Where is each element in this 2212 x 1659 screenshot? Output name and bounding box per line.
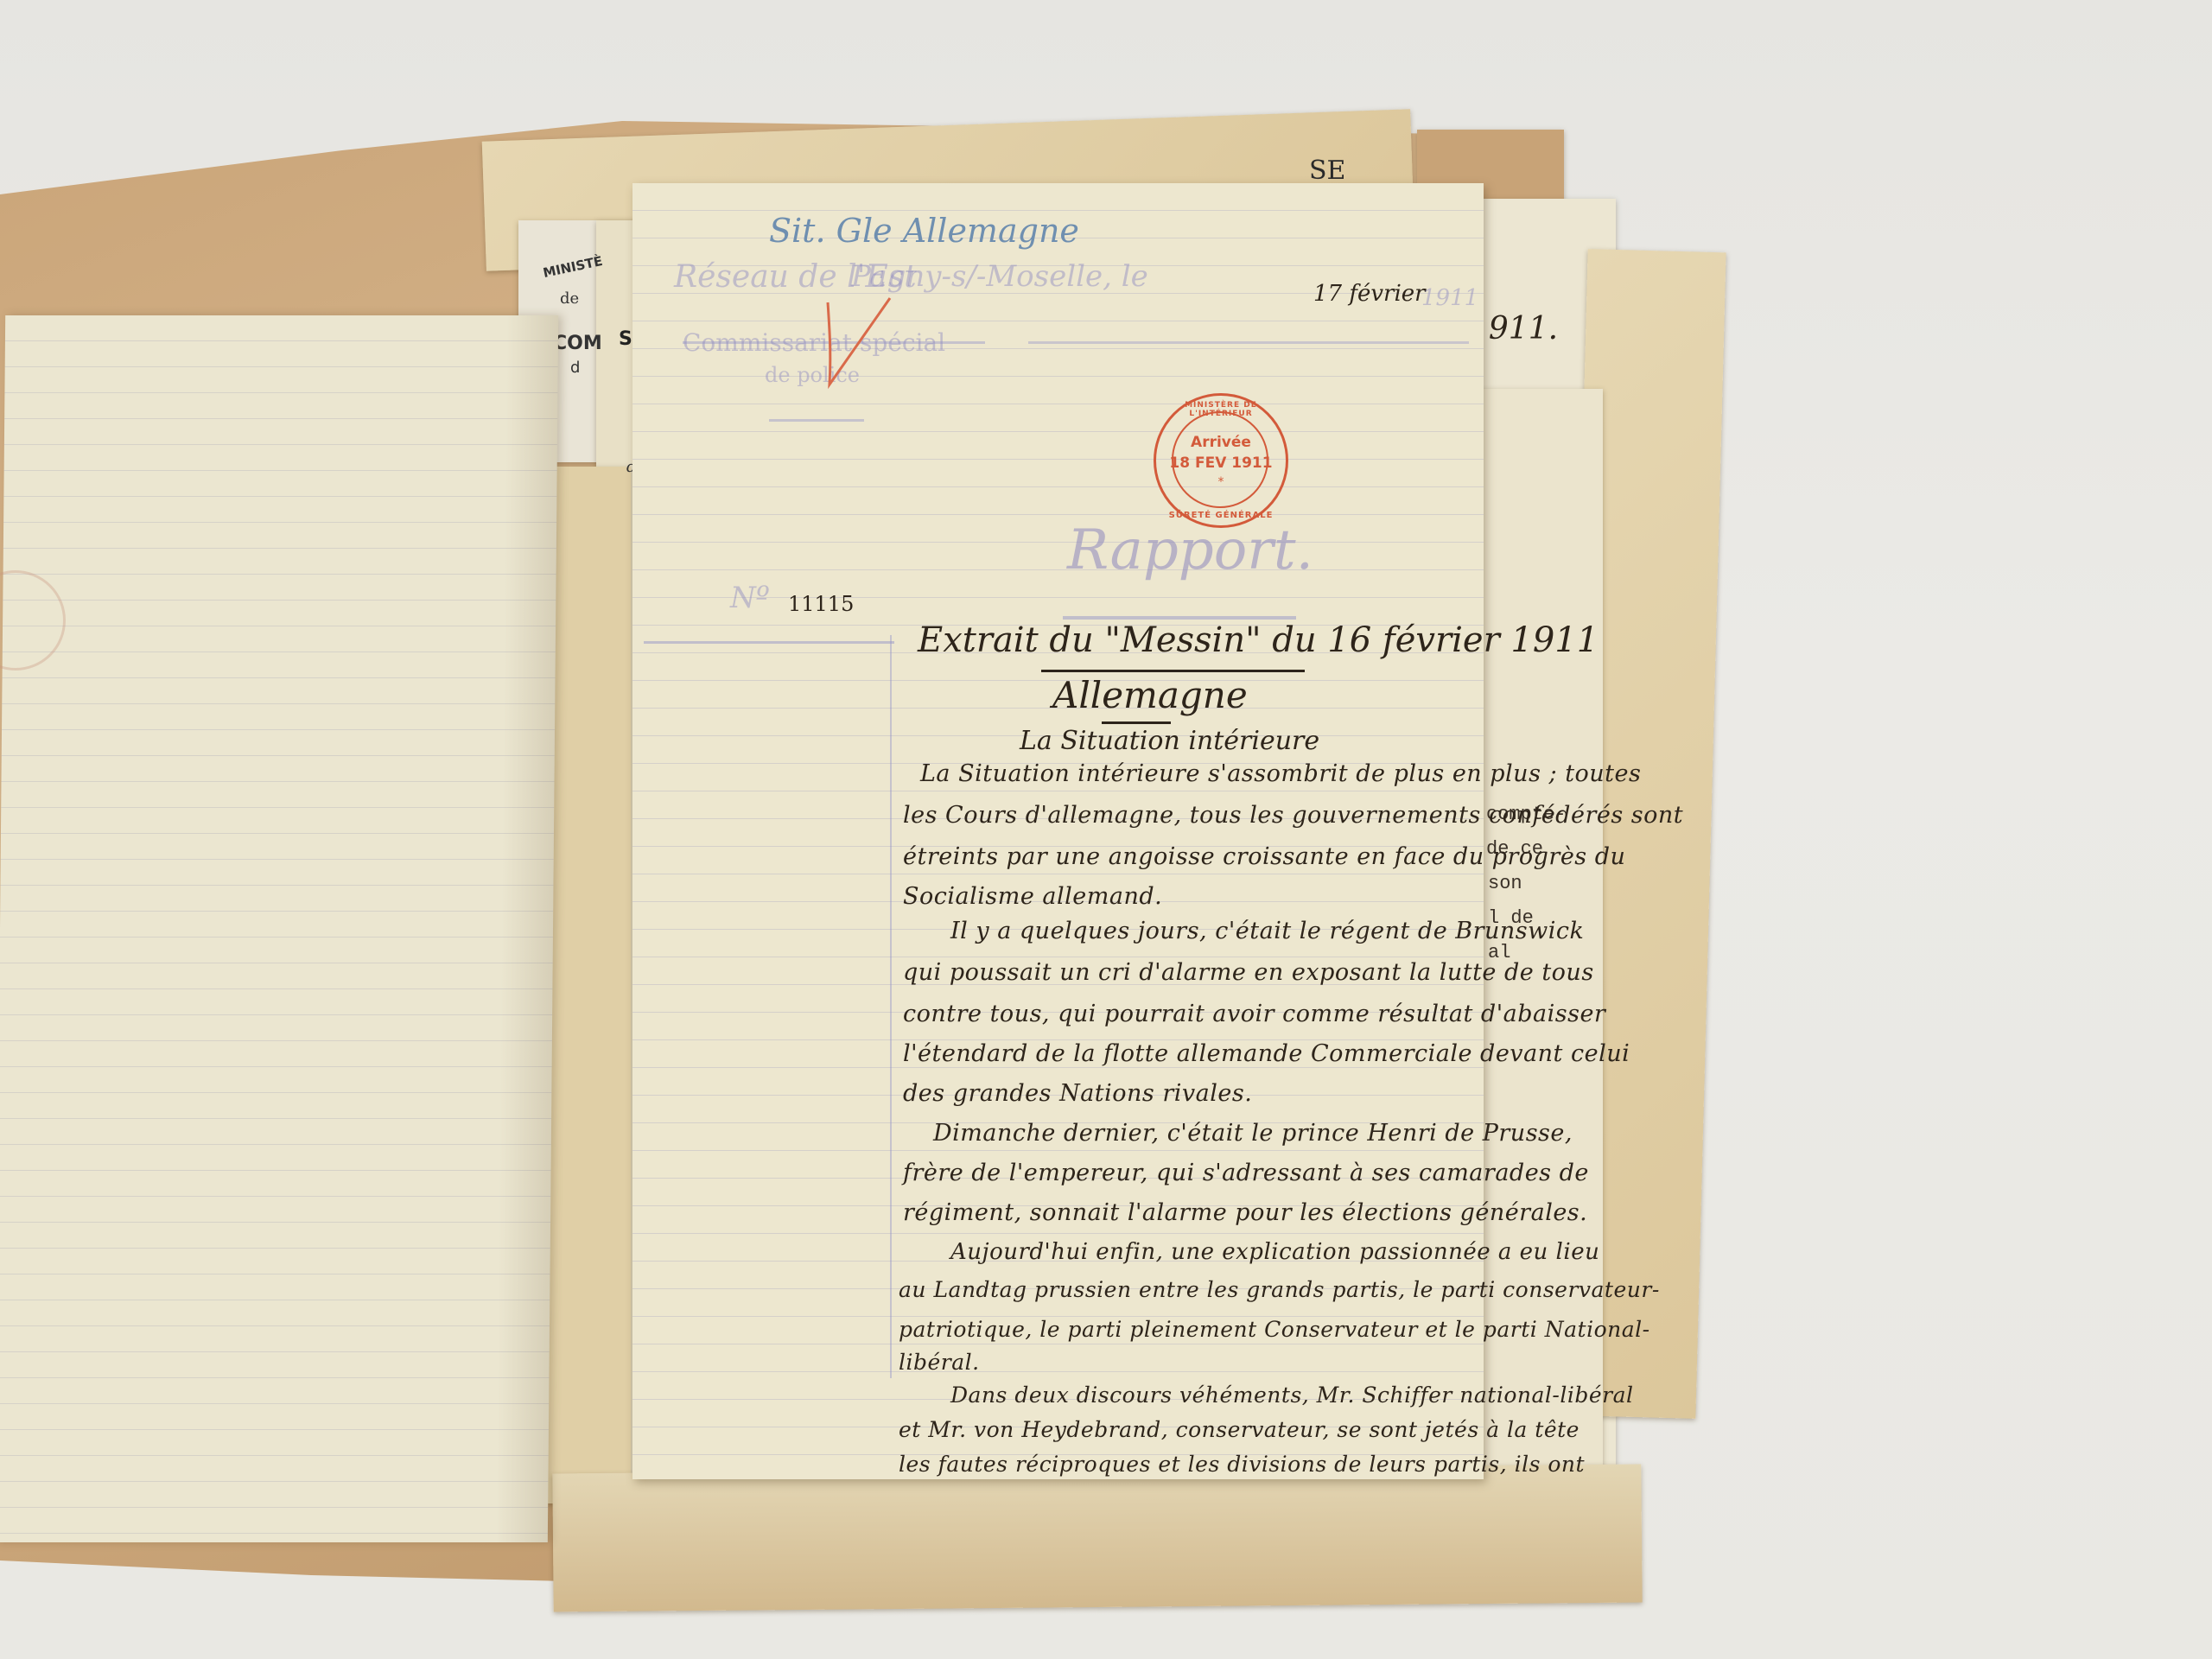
body-line-14: au Landtag prussien entre les grands par… — [899, 1277, 1660, 1302]
body-line-10: Dimanche dernier, c'était le prince Henr… — [933, 1120, 1573, 1147]
body-line-7: contre tous, qui pourrait avoir comme ré… — [903, 1001, 1605, 1027]
red-check-icon — [821, 294, 899, 389]
body-line-2: les Cours d'allemagne, tous les gouverne… — [903, 802, 1683, 829]
letterhead-office: Commissariat spécial — [683, 328, 945, 357]
number-value: 11115 — [788, 592, 854, 616]
body-line-19: les fautes réciproques et les divisions … — [899, 1452, 1585, 1477]
body-line-9: des grandes Nations rivales. — [903, 1080, 1252, 1107]
ministry-fragment-d: d — [570, 359, 580, 377]
margin-rule — [890, 635, 892, 1378]
body-line-17: Dans deux discours véhéments, Mr. Schiff… — [950, 1382, 1633, 1408]
body-line-3: étreints par une angoisse croissante en … — [903, 843, 1625, 870]
stamp-date: 18 FEV 1911 — [1156, 454, 1286, 472]
stamp-symbol: * — [1156, 475, 1286, 489]
ministry-arrival-stamp: MINISTÈRE DE L'INTÉRIEUR Arrivée 18 FEV … — [1154, 393, 1288, 528]
ministry-fragment-de: de — [560, 289, 579, 308]
body-line-16: libéral. — [899, 1350, 980, 1375]
report-title: Rapport. — [1067, 518, 1313, 582]
header-rule-right — [1028, 341, 1469, 344]
sheet-fold-shadow — [496, 315, 558, 1542]
number-rule — [644, 641, 894, 644]
body-line-15: patriotique, le parti pleinement Conserv… — [899, 1317, 1650, 1342]
subheading: La Situation intérieure — [1020, 726, 1319, 756]
body-line-11: frère de l'empereur, qui s'adressant à s… — [903, 1160, 1589, 1186]
office-rule — [769, 419, 864, 422]
body-line-13b: Aujourd'hui enfin, une explication passi… — [950, 1239, 1599, 1265]
letterhead-year: 1911 — [1421, 285, 1478, 311]
stamp-top-text: MINISTÈRE DE L'INTÉRIEUR — [1156, 401, 1286, 418]
country-heading: Allemagne — [1052, 674, 1248, 716]
body-line-18: et Mr. von Heydebrand, conservateur, se … — [899, 1417, 1580, 1442]
top-letter-fragment: SE — [1309, 156, 1345, 186]
body-line-4: Socialisme allemand. — [903, 883, 1162, 910]
typed-fragment-3: son — [1488, 873, 1522, 894]
ministry-fragment-com: COM — [553, 333, 602, 354]
body-line-12: régiment, sonnait l'alarme pour les élec… — [903, 1199, 1587, 1226]
bottom-stack-edges — [552, 1465, 1642, 1612]
heading-underline — [1041, 670, 1305, 672]
number-label: Nº — [730, 581, 770, 615]
stamp-status: Arrivée — [1156, 434, 1286, 451]
left-open-sheet — [0, 315, 558, 1542]
extract-heading: Extrait du "Messin" du 16 février 1911 — [918, 620, 1599, 660]
handwritten-date: 17 février — [1313, 281, 1426, 307]
body-line-1: La Situation intérieure s'assombrit de p… — [920, 760, 1641, 787]
country-underline — [1102, 721, 1171, 724]
body-line-8: l'étendard de la flotte allemande Commer… — [903, 1040, 1630, 1067]
body-line-5: Il y a quelques jours, c'était le régent… — [950, 918, 1584, 944]
report-rule — [1063, 616, 1296, 620]
pencil-annotation: Sit. Gle Allemagne — [769, 212, 1079, 250]
body-line-6: qui poussait un cri d'alarme en exposant… — [903, 959, 1594, 986]
letterhead-place: Pagny-s/-Moselle, le — [851, 259, 1148, 294]
